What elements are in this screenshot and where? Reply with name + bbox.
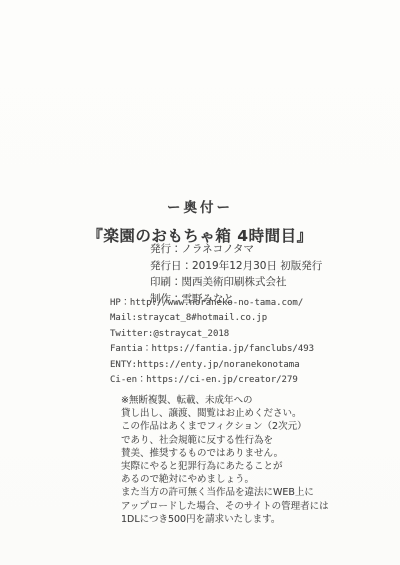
credit-line-printer: 印刷：関西美術印刷株式会社 bbox=[150, 274, 322, 291]
disclaimer-line: 実際にやると犯罪行為にあたることが bbox=[121, 460, 329, 473]
credit-value: ノラネコノタマ bbox=[182, 243, 254, 255]
link-label: Fantia： bbox=[110, 344, 152, 354]
link-line-enty: ENTY:https://enty.jp/noranekonotama bbox=[110, 358, 314, 373]
disclaimer-line: この作品はあくまでフィクション（2次元） bbox=[121, 420, 329, 433]
link-label: Ci-en： bbox=[110, 375, 146, 385]
disclaimer-line: アップロードした場合、そのサイトの管理者には bbox=[121, 500, 329, 513]
link-url: https://ci-en.jp/creator/279 bbox=[146, 375, 298, 385]
disclaimer-line: 1DLにつき500円を請求いたします。 bbox=[121, 513, 329, 526]
link-url: @straycat_2018 bbox=[153, 329, 229, 339]
link-line-cien: Ci-en：https://ci-en.jp/creator/279 bbox=[110, 373, 314, 388]
link-url: http://www.noraneko-no-tama.com/ bbox=[130, 298, 303, 308]
link-label: ENTY: bbox=[110, 360, 137, 370]
link-line-twitter: Twitter:@straycat_2018 bbox=[110, 327, 314, 342]
title-block: ー奥付ー 『楽園のおもちゃ箱 4時間目』 bbox=[0, 196, 400, 246]
links-block: HP：http://www.noraneko-no-tama.com/ Mail… bbox=[110, 296, 314, 388]
disclaimer-block: ※無断複製、転載、未成年への 貸し出し、譲渡、閲覧はお止めください。 この作品は… bbox=[121, 394, 329, 526]
link-line-fantia: Fantia：https://fantia.jp/fanclubs/493 bbox=[110, 342, 314, 357]
disclaimer-line: 賛美、推奨するものではありません。 bbox=[121, 447, 329, 460]
credit-label: 印刷： bbox=[150, 276, 182, 288]
link-url: https://fantia.jp/fanclubs/493 bbox=[152, 344, 315, 354]
colophon-page: ー奥付ー 『楽園のおもちゃ箱 4時間目』 発行：ノラネコノタマ 発行日：2019… bbox=[0, 0, 400, 565]
credit-label: 発行： bbox=[150, 243, 182, 255]
credit-value: 2019年12月30日 初版発行 bbox=[192, 260, 322, 272]
credit-line-publisher: 発行：ノラネコノタマ bbox=[150, 241, 322, 258]
credit-line-publish-date: 発行日：2019年12月30日 初版発行 bbox=[150, 258, 322, 275]
disclaimer-line: また当方の許可無く当作品を違法にWEB上に bbox=[121, 486, 329, 499]
link-line-mail: Mail:straycat_8#hotmail.co.jp bbox=[110, 311, 314, 326]
link-line-hp: HP：http://www.noraneko-no-tama.com/ bbox=[110, 296, 314, 311]
credit-value: 関西美術印刷株式会社 bbox=[182, 276, 287, 288]
credit-label: 発行日： bbox=[150, 260, 192, 272]
disclaimer-line: であり、社会規範に反する性行為を bbox=[121, 434, 329, 447]
link-url: https://enty.jp/noranekonotama bbox=[137, 360, 300, 370]
section-title: ー奥付ー bbox=[0, 196, 400, 216]
link-label: Mail: bbox=[110, 313, 137, 323]
disclaimer-line: 貸し出し、譲渡、閲覧はお止めください。 bbox=[121, 407, 329, 420]
link-label: Twitter: bbox=[110, 329, 153, 339]
link-label: HP： bbox=[110, 298, 130, 308]
link-url: straycat_8#hotmail.co.jp bbox=[137, 313, 267, 323]
disclaimer-line: あるので絶対にやめましょう。 bbox=[121, 473, 329, 486]
disclaimer-line: ※無断複製、転載、未成年への bbox=[121, 394, 329, 407]
